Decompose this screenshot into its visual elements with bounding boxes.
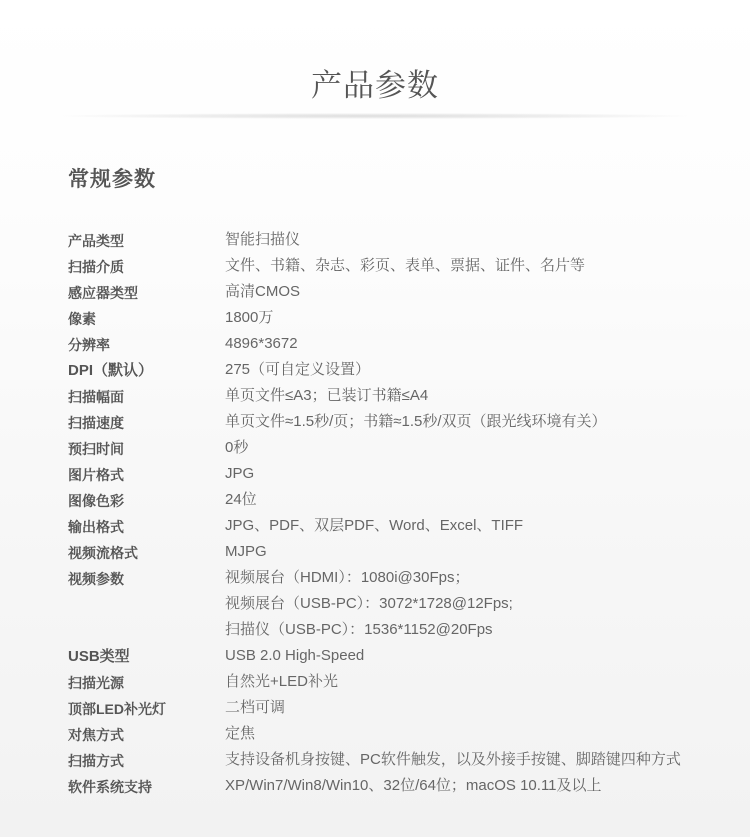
spec-row-video-params: 视频参数 视频展台（HDMI）：1080i@30Fps； 视频展台（USB-PC… [68, 565, 718, 643]
spec-label: 产品类型 [68, 227, 225, 253]
spec-value: MJPG [225, 539, 718, 565]
spec-value: 单页文件≤A3；已装订书籍≤A4 [225, 383, 718, 409]
spec-row-scan-media: 扫描介质 文件、书籍、杂志、彩页、表单、票据、证件、名片等 [68, 253, 718, 279]
spec-value: 1800万 [225, 305, 718, 331]
spec-row-video-stream-format: 视频流格式 MJPG [68, 539, 718, 565]
spec-value: 自然光+LED补光 [225, 669, 718, 695]
spec-label: 扫描速度 [68, 409, 225, 435]
spec-row-scan-speed: 扫描速度 单页文件≈1.5秒/页；书籍≈1.5秒/双页（跟光线环境有关） [68, 409, 718, 435]
spec-row-usb-type: USB类型 USB 2.0 High-Speed [68, 643, 718, 669]
spec-row-product-type: 产品类型 智能扫描仪 [68, 227, 718, 253]
spec-value: JPG [225, 461, 718, 487]
spec-table: 产品类型 智能扫描仪 扫描介质 文件、书籍、杂志、彩页、表单、票据、证件、名片等… [68, 227, 718, 799]
spec-value: 高清CMOS [225, 279, 718, 305]
spec-label: 分辨率 [68, 331, 225, 357]
spec-value: 单页文件≈1.5秒/页；书籍≈1.5秒/双页（跟光线环境有关） [225, 409, 718, 435]
spec-value: 275（可自定义设置） [225, 357, 718, 383]
spec-value: 视频展台（HDMI）：1080i@30Fps； [225, 565, 718, 591]
page-title: 产品参数 [0, 66, 750, 106]
spec-label: 视频参数 [68, 565, 225, 591]
spec-value: 文件、书籍、杂志、彩页、表单、票据、证件、名片等 [225, 253, 718, 279]
spec-row-scan-size: 扫描幅面 单页文件≤A3；已装订书籍≤A4 [68, 383, 718, 409]
spec-row-scan-mode: 扫描方式 支持设备机身按键、PC软件触发，以及外接手按键、脚踏键四种方式 [68, 747, 718, 773]
spec-row-pixels: 像素 1800万 [68, 305, 718, 331]
spec-label: 扫描光源 [68, 669, 225, 695]
spec-label: 像素 [68, 305, 225, 331]
spec-row-image-format: 图片格式 JPG [68, 461, 718, 487]
spec-value: XP/Win7/Win8/Win10、32位/64位；macOS 10.11及以… [225, 773, 718, 799]
spec-label: 软件系统支持 [68, 773, 225, 799]
spec-row-sensor-type: 感应器类型 高清CMOS [68, 279, 718, 305]
spec-value: JPG、PDF、双层PDF、Word、Excel、TIFF [225, 513, 718, 539]
spec-label: USB类型 [68, 643, 225, 669]
spec-label: 扫描幅面 [68, 383, 225, 409]
spec-row-light-source: 扫描光源 自然光+LED补光 [68, 669, 718, 695]
spec-label: 输出格式 [68, 513, 225, 539]
spec-value: 4896*3672 [225, 331, 718, 357]
title-divider [60, 113, 690, 119]
spec-value: 二档可调 [225, 695, 718, 721]
section-title: 常规参数 [68, 166, 156, 194]
spec-row-dpi: DPI（默认） 275（可自定义设置） [68, 357, 718, 383]
spec-row-os-support: 软件系统支持 XP/Win7/Win8/Win10、32位/64位；macOS … [68, 773, 718, 799]
spec-value: 智能扫描仪 [225, 227, 718, 253]
spec-label: 视频流格式 [68, 539, 225, 565]
spec-label: 扫描介质 [68, 253, 225, 279]
spec-label: 扫描方式 [68, 747, 225, 773]
spec-value: 定焦 [225, 721, 718, 747]
spec-label: DPI（默认） [68, 357, 225, 383]
spec-row-top-led: 顶部LED补光灯 二档可调 [68, 695, 718, 721]
spec-row-output-format: 输出格式 JPG、PDF、双层PDF、Word、Excel、TIFF [68, 513, 718, 539]
spec-value: 支持设备机身按键、PC软件触发，以及外接手按键、脚踏键四种方式 [225, 747, 718, 773]
spec-value: USB 2.0 High-Speed [225, 643, 718, 669]
spec-row-prescan-time: 预扫时间 0秒 [68, 435, 718, 461]
spec-row-focus-mode: 对焦方式 定焦 [68, 721, 718, 747]
spec-value: 视频展台（USB-PC）：3072*1728@12Fps; [225, 591, 718, 617]
spec-row-color-depth: 图像色彩 24位 [68, 487, 718, 513]
spec-value: 24位 [225, 487, 718, 513]
spec-label: 顶部LED补光灯 [68, 695, 225, 721]
spec-label: 图像色彩 [68, 487, 225, 513]
spec-label: 对焦方式 [68, 721, 225, 747]
spec-label: 图片格式 [68, 461, 225, 487]
spec-label: 预扫时间 [68, 435, 225, 461]
spec-label: 感应器类型 [68, 279, 225, 305]
spec-value: 0秒 [225, 435, 718, 461]
spec-row-resolution: 分辨率 4896*3672 [68, 331, 718, 357]
spec-value: 扫描仪（USB-PC）：1536*1152@20Fps [225, 617, 718, 643]
